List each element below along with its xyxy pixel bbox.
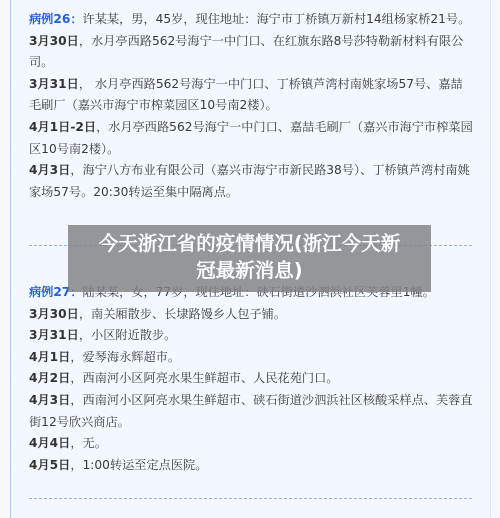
entry-text: ，水月亭西路562号海宁一中门口、在红旗东路8号莎特勒新材料有限公司。 <box>29 34 463 70</box>
case-27-entry: 4月4日，无。 <box>29 433 474 455</box>
case-27-entry: 4月3日，西南河小区阿亮水果生鲜超市、硖石街道沙泗浜社区核酸采样点、芙蓉直街12… <box>29 390 474 433</box>
bottom-divider <box>29 498 472 499</box>
entry-text: ，无。 <box>70 436 107 450</box>
entry-text: ，小区附近散步。 <box>79 328 177 342</box>
case-27-section: 病例27：陆某某，女，77岁，现住地址：硖石街道沙泗浜社区芙蓉里1幢。 3月30… <box>29 282 474 476</box>
entry-text: ，海宁八方布业有限公司（嘉兴市海宁市新民路38号）、丁桥镇芦湾村南姚家场57号。… <box>29 163 470 199</box>
case-26-entry: 4月3日，海宁八方布业有限公司（嘉兴市海宁市新民路38号）、丁桥镇芦湾村南姚家场… <box>29 160 474 203</box>
entry-text: ，南关厢散步、长埭路馒乡人包子铺。 <box>79 307 286 321</box>
entry-date: 4月3日 <box>29 393 70 407</box>
case-27-entry: 4月5日，1:00转运至定点医院。 <box>29 455 474 477</box>
entry-date: 4月1日 <box>29 350 70 364</box>
case-26-intro-text: 许某某，男，45岁，现住地址：海宁市丁桥镇万新村14组杨家桥21号。 <box>83 12 471 26</box>
entry-date: 4月3日 <box>29 163 70 177</box>
case-26-entry: 3月30日，水月亭西路562号海宁一中门口、在红旗东路8号莎特勒新材料有限公司。 <box>29 31 474 74</box>
entry-date: 3月31日 <box>29 328 79 342</box>
entry-text: ， 水月亭西路562号海宁一中门口、丁桥镇芦湾村南姚家场57号、嘉喆毛刷厂（嘉兴… <box>29 77 463 113</box>
entry-date: 3月30日 <box>29 34 79 48</box>
overlay-title-line-1: 今天浙江省的疫情情况(浙江今天新 <box>68 230 431 257</box>
case-27-entry: 3月31日，小区附近散步。 <box>29 325 474 347</box>
case-26-label: 病例26： <box>29 12 83 26</box>
case-27-entry: 4月2日，西南河小区阿亮水果生鲜超市、人民花苑门口。 <box>29 368 474 390</box>
entry-date: 4月5日 <box>29 458 70 472</box>
entry-date: 3月31日 <box>29 77 79 91</box>
entry-date: 4月2日 <box>29 371 70 385</box>
entry-text: ，水月亭西路562号海宁一中门口、嘉喆毛刷厂（嘉兴市海宁市榨菜园区10号南2楼）… <box>29 120 473 156</box>
entry-text: ，1:00转运至定点医院。 <box>70 458 207 472</box>
entry-text: ，爱琴海永辉超市。 <box>70 350 180 364</box>
entry-date: 4月4日 <box>29 436 70 450</box>
entry-text: ，西南河小区阿亮水果生鲜超市、人民花苑门口。 <box>70 371 338 385</box>
case-27-entry: 4月1日，爱琴海永辉超市。 <box>29 347 474 369</box>
entry-text: ，西南河小区阿亮水果生鲜超市、硖石街道沙泗浜社区核酸采样点、芙蓉直街12号欣兴商… <box>29 393 473 429</box>
overlay-title-line-2: 冠最新消息) <box>68 257 431 284</box>
overlay-title-banner: 今天浙江省的疫情情况(浙江今天新 冠最新消息) <box>68 225 431 292</box>
case-26-section: 病例26：许某某，男，45岁，现住地址：海宁市丁桥镇万新村14组杨家桥21号。 … <box>29 9 474 203</box>
case-26-intro: 病例26：许某某，男，45岁，现住地址：海宁市丁桥镇万新村14组杨家桥21号。 <box>29 9 474 31</box>
case-27-entry: 3月30日，南关厢散步、长埭路馒乡人包子铺。 <box>29 304 474 326</box>
entry-date: 4月1日-2日 <box>29 120 96 134</box>
case-26-entry: 4月1日-2日，水月亭西路562号海宁一中门口、嘉喆毛刷厂（嘉兴市海宁市榨菜园区… <box>29 117 474 160</box>
entry-date: 3月30日 <box>29 307 79 321</box>
case-26-entry: 3月31日， 水月亭西路562号海宁一中门口、丁桥镇芦湾村南姚家场57号、嘉喆毛… <box>29 74 474 117</box>
